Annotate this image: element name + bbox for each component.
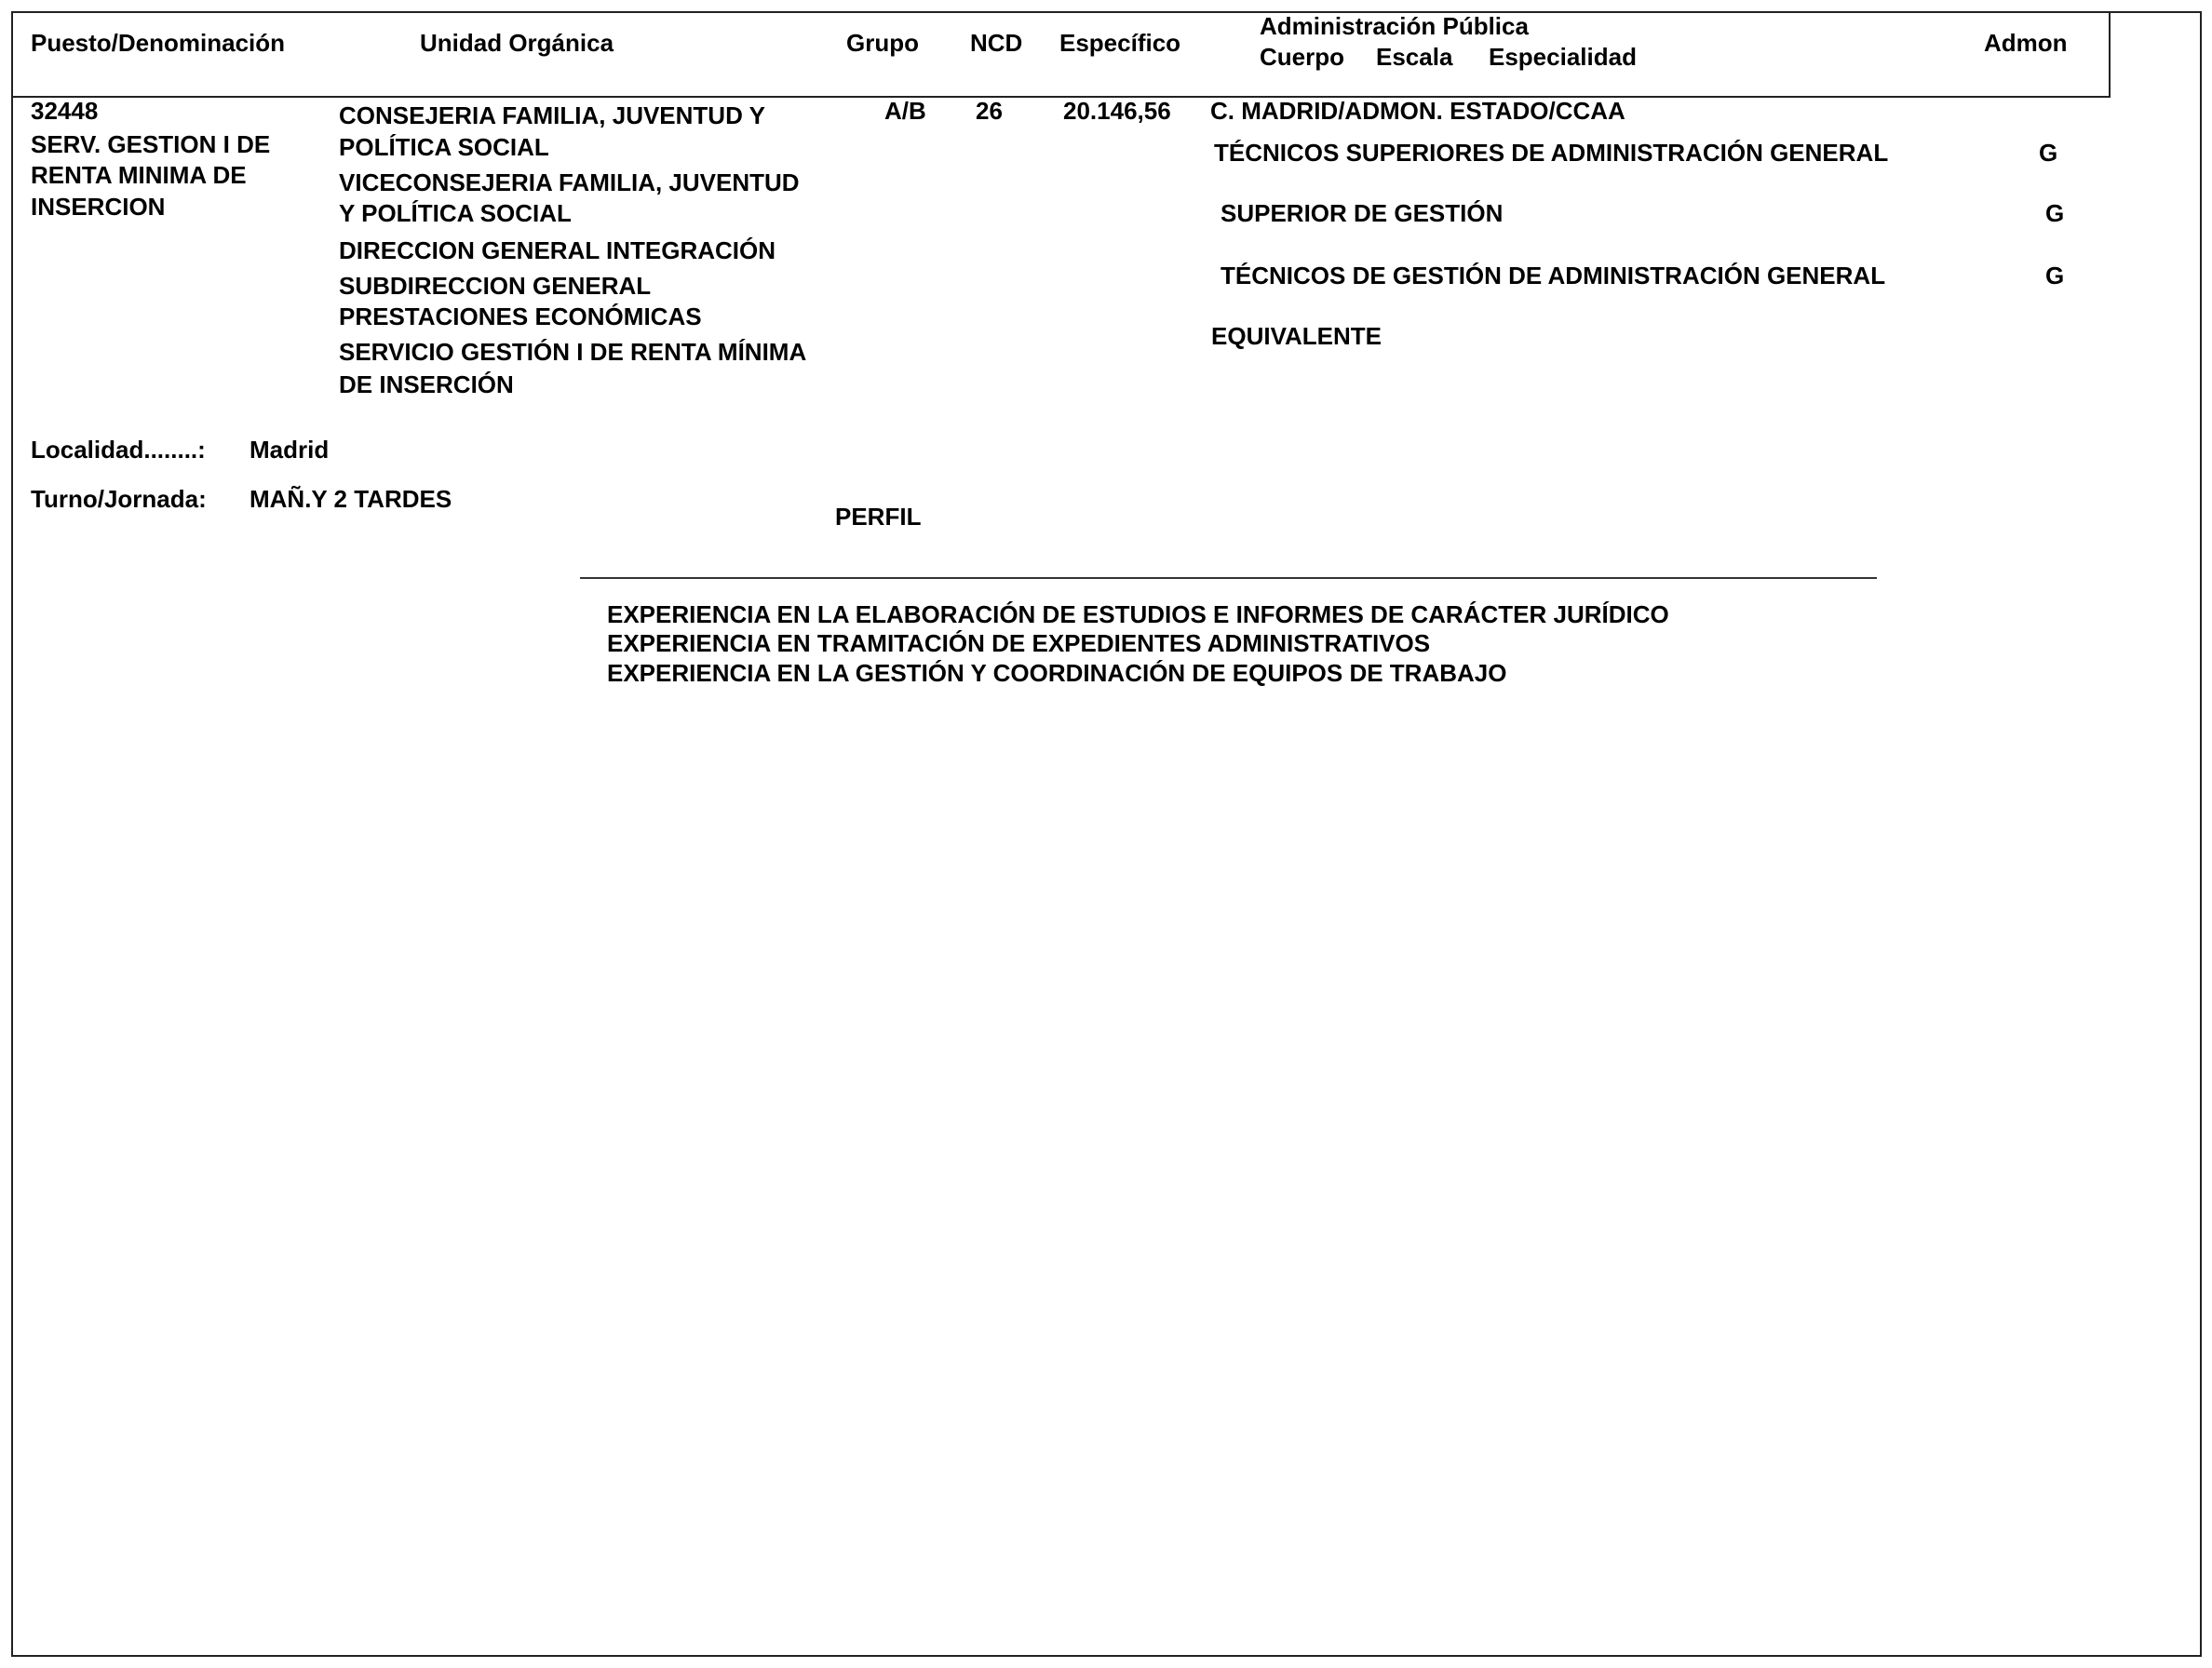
ncd-value: 26 bbox=[976, 97, 1003, 125]
puesto-denominacion-line: SERV. GESTION I DE bbox=[31, 130, 270, 158]
cuerpo-name: TÉCNICOS SUPERIORES DE ADMINISTRACIÓN GE… bbox=[1214, 139, 1888, 167]
header-unidad: Unidad Orgánica bbox=[420, 29, 614, 57]
cuerpo-admon: G bbox=[2045, 199, 2064, 227]
localidad-value: Madrid bbox=[250, 436, 329, 464]
header-especifico: Específico bbox=[1059, 29, 1180, 57]
grupo-value: A/B bbox=[884, 97, 926, 125]
unidad-line: CONSEJERIA FAMILIA, JUVENTUD Y bbox=[339, 101, 765, 129]
header-especialidad: Especialidad bbox=[1489, 43, 1637, 71]
unidad-line: PRESTACIONES ECONÓMICAS bbox=[339, 303, 702, 330]
perfil-item: EXPERIENCIA EN LA ELABORACIÓN DE ESTUDIO… bbox=[607, 600, 1669, 628]
especifico-value: 20.146,56 bbox=[1063, 97, 1171, 125]
puesto-denominacion-line: RENTA MINIMA DE bbox=[31, 161, 247, 189]
cuerpo-name: EQUIVALENTE bbox=[1211, 322, 1382, 350]
unidad-line: SERVICIO GESTIÓN I DE RENTA MÍNIMA bbox=[339, 338, 806, 366]
localidad-label: Localidad........: bbox=[31, 436, 206, 464]
unidad-line: POLÍTICA SOCIAL bbox=[339, 133, 549, 161]
cuerpo-admon: G bbox=[2039, 139, 2057, 167]
header-escala: Escala bbox=[1376, 43, 1452, 71]
turno-value: MAÑ.Y 2 TARDES bbox=[250, 485, 452, 513]
unidad-line: VICECONSEJERIA FAMILIA, JUVENTUD bbox=[339, 168, 800, 196]
header-ncd: NCD bbox=[970, 29, 1022, 57]
header-admon: Admon bbox=[1984, 29, 2068, 57]
cuerpo-admon: G bbox=[2045, 262, 2064, 289]
turno-label: Turno/Jornada: bbox=[31, 485, 207, 513]
header-administracion: Administración Pública bbox=[1260, 12, 1529, 40]
unidad-line: DE INSERCIÓN bbox=[339, 370, 514, 398]
header-grupo: Grupo bbox=[846, 29, 919, 57]
header-cuerpo: Cuerpo bbox=[1260, 43, 1344, 71]
perfil-divider bbox=[580, 577, 1877, 579]
puesto-denominacion-line: INSERCION bbox=[31, 193, 165, 221]
administracion-value: C. MADRID/ADMON. ESTADO/CCAA bbox=[1210, 97, 1625, 125]
perfil-title: PERFIL bbox=[835, 503, 921, 531]
unidad-line: SUBDIRECCION GENERAL bbox=[339, 272, 651, 300]
cuerpo-name: SUPERIOR DE GESTIÓN bbox=[1221, 199, 1503, 227]
perfil-item: EXPERIENCIA EN LA GESTIÓN Y COORDINACIÓN… bbox=[607, 659, 1506, 687]
cuerpo-name: TÉCNICOS DE GESTIÓN DE ADMINISTRACIÓN GE… bbox=[1221, 262, 1885, 289]
header-puesto: Puesto/Denominación bbox=[31, 29, 285, 57]
puesto-codigo: 32448 bbox=[31, 97, 98, 125]
unidad-line: Y POLÍTICA SOCIAL bbox=[339, 199, 572, 227]
perfil-item: EXPERIENCIA EN TRAMITACIÓN DE EXPEDIENTE… bbox=[607, 629, 1430, 657]
unidad-line: DIRECCION GENERAL INTEGRACIÓN bbox=[339, 236, 776, 264]
